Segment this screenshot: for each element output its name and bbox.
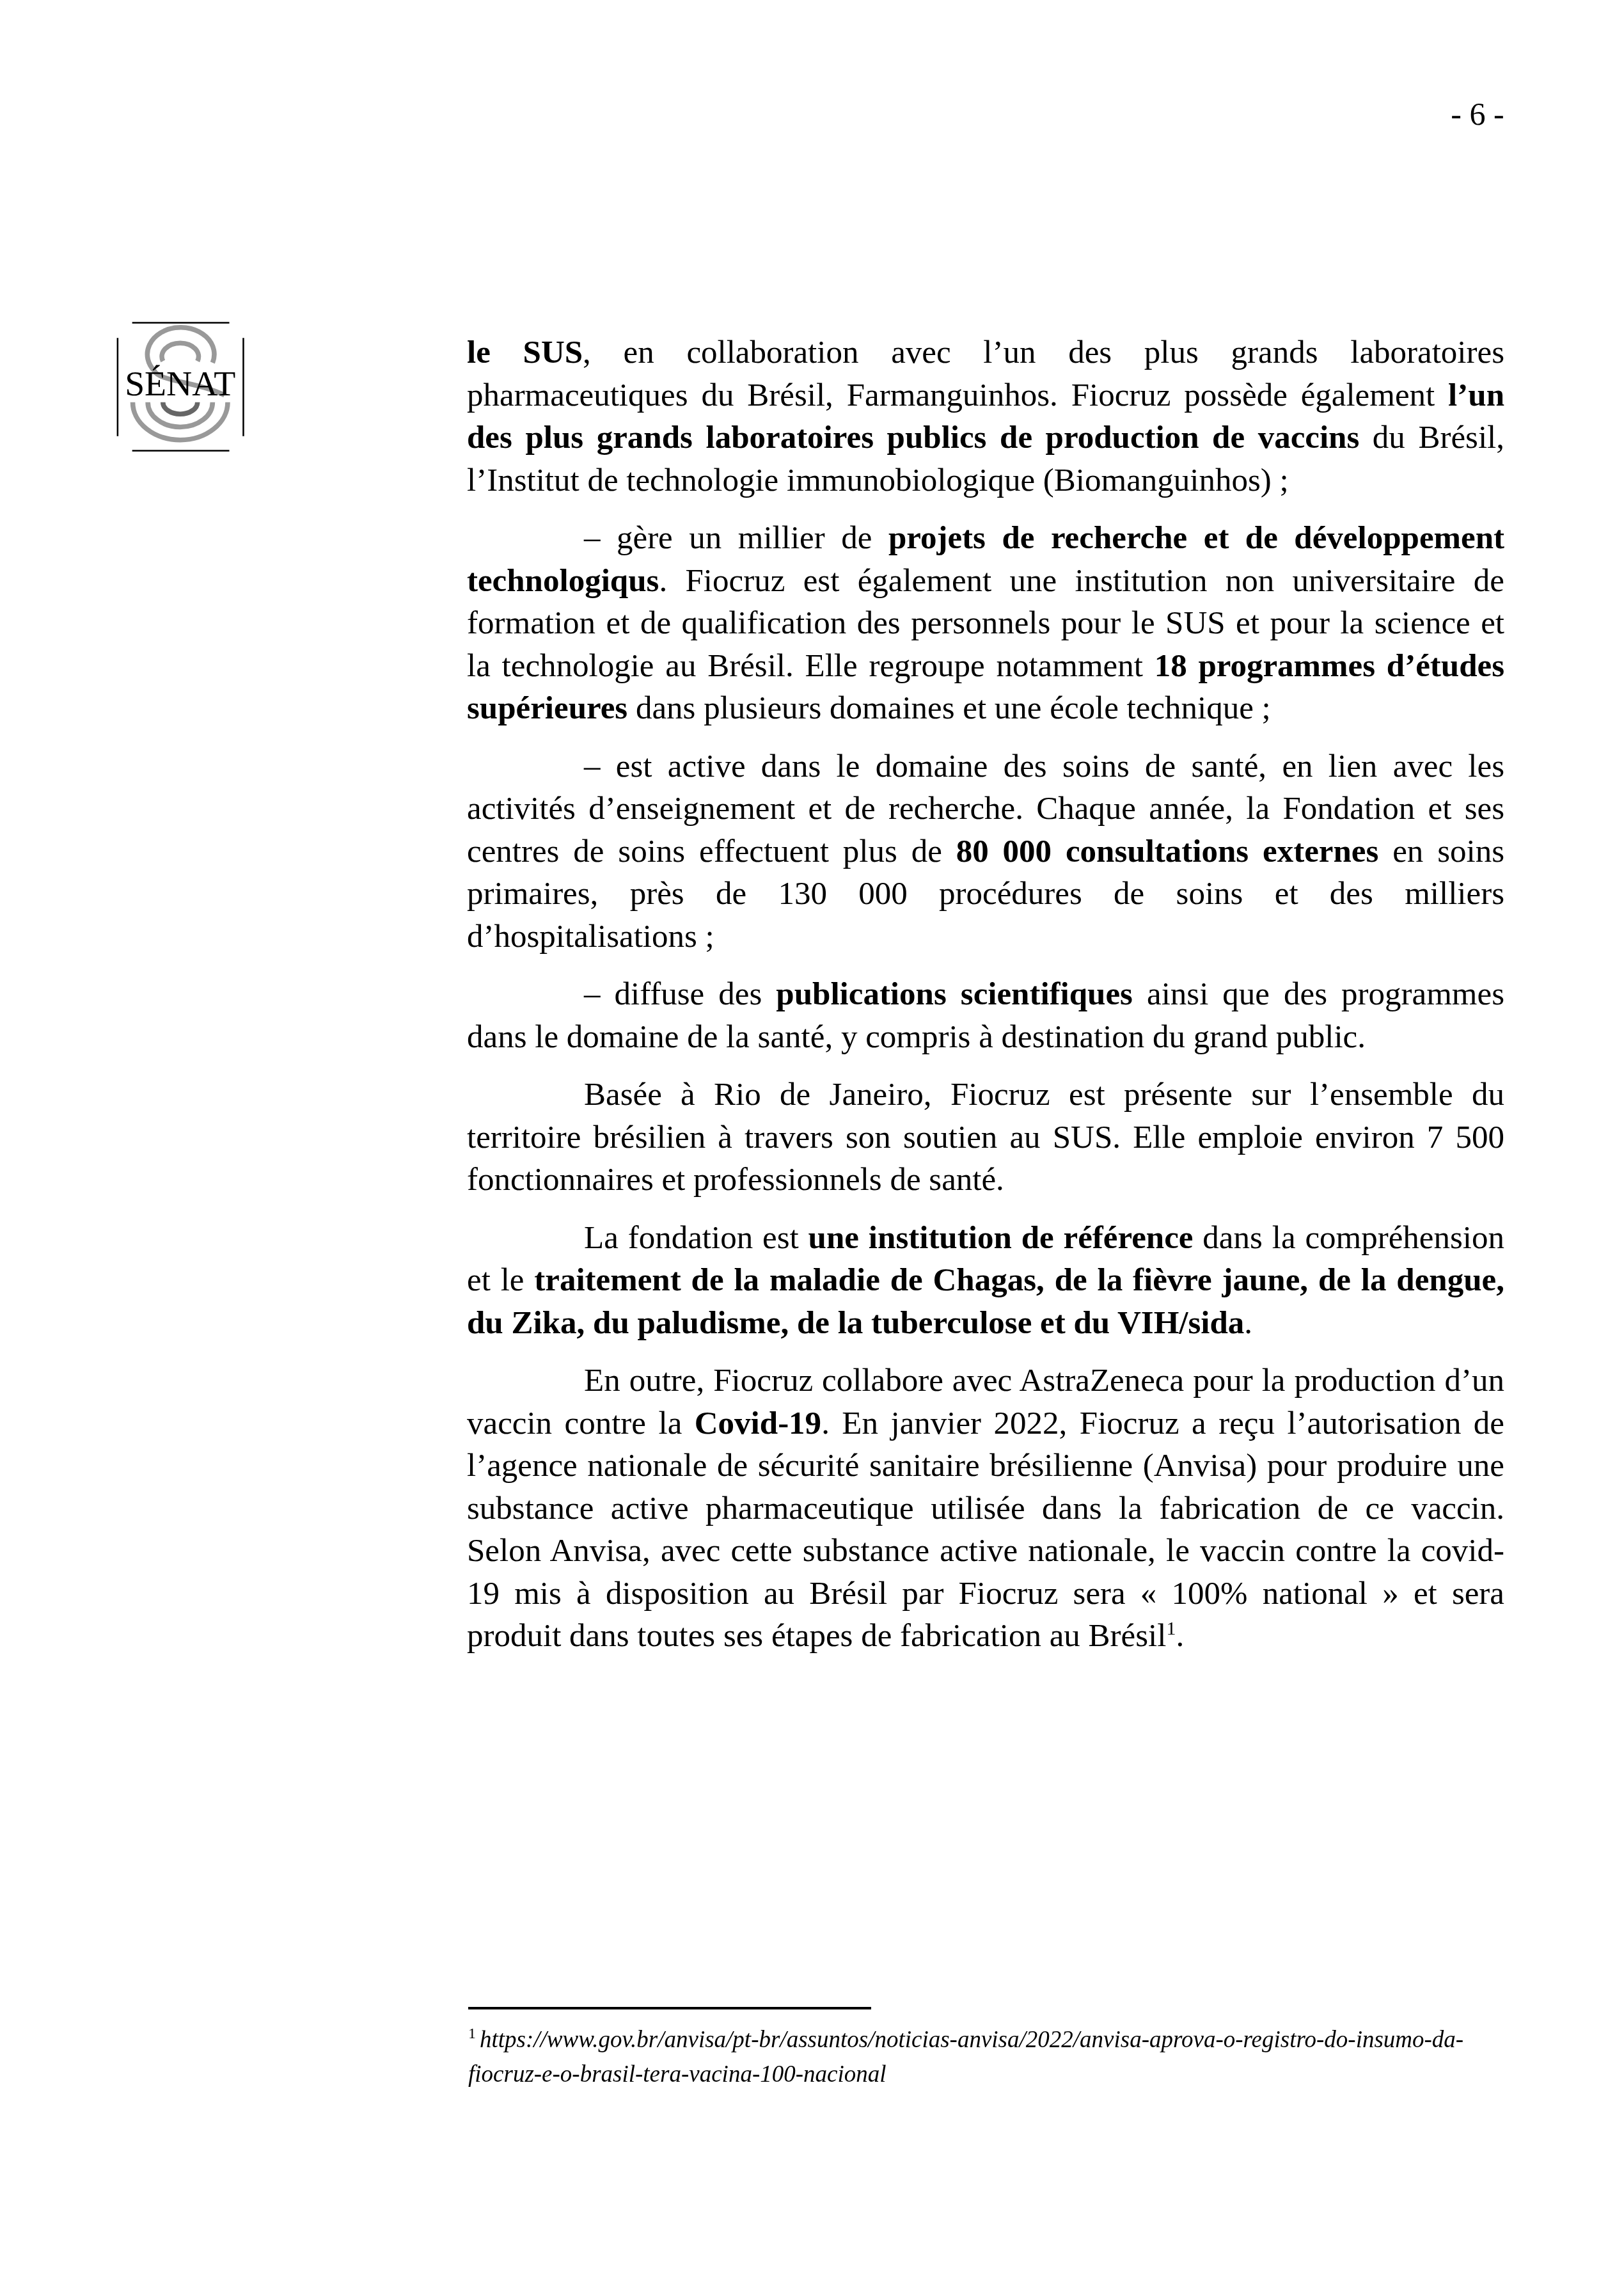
svg-text:SÉNAT: SÉNAT <box>125 364 235 404</box>
paragraph-reference-institution: La fondation est une institution de réfé… <box>467 1217 1504 1345</box>
paragraph-rio-de-janeiro: Basée à Rio de Janeiro, Fiocruz est prés… <box>467 1074 1504 1201</box>
text: Basée à Rio de Janeiro, Fiocruz est prés… <box>467 1077 1504 1198</box>
text-bold: publications scientifiques <box>776 976 1133 1012</box>
text: La fondation est <box>584 1220 808 1256</box>
paragraph-sus-labs: le SUS, en collaboration avec l’un des p… <box>467 331 1504 502</box>
senat-logo-icon: SÉNAT <box>90 301 262 473</box>
text-bold: traitement de la maladie de Chagas, de l… <box>467 1262 1504 1341</box>
body-text: le SUS, en collaboration avec l’un des p… <box>467 331 1504 1658</box>
text: , en collaboration avec l’un des plus gr… <box>467 335 1504 413</box>
footnote-number: 1 <box>468 2025 476 2042</box>
text-bold: Covid-19 <box>695 1406 821 1441</box>
footnote-url[interactable]: https://www.gov.br/anvisa/pt-br/assuntos… <box>468 2027 1463 2088</box>
text: – diffuse des <box>584 976 776 1012</box>
text: dans plusieurs domaines et une école tec… <box>627 690 1271 726</box>
paragraph-research-projects: – gère un millier de projets de recherch… <box>467 517 1504 730</box>
text: . <box>1176 1618 1184 1654</box>
text-bold: une institution de référence <box>808 1220 1194 1256</box>
paragraph-publications: – diffuse des publications scientifiques… <box>467 973 1504 1058</box>
page-number: - 6 - <box>1433 95 1522 133</box>
text: . En janvier 2022, Fiocruz a reçu l’auto… <box>467 1406 1504 1654</box>
paragraph-astrazeneca-covid: En outre, Fiocruz collabore avec AstraZe… <box>467 1359 1504 1658</box>
footnote-separator <box>468 2007 871 2009</box>
footnote-reference[interactable]: 1 <box>1166 1618 1176 1639</box>
text: . <box>1244 1305 1252 1341</box>
footnote: 1https://www.gov.br/anvisa/pt-br/assunto… <box>468 2023 1504 2092</box>
text-bold: 80 000 consultations externes <box>956 834 1379 869</box>
text: – gère un millier de <box>584 520 888 556</box>
senat-logo: SÉNAT <box>90 301 262 473</box>
paragraph-health-care: – est active dans le domaine des soins d… <box>467 745 1504 958</box>
text-bold: le SUS <box>467 335 583 370</box>
